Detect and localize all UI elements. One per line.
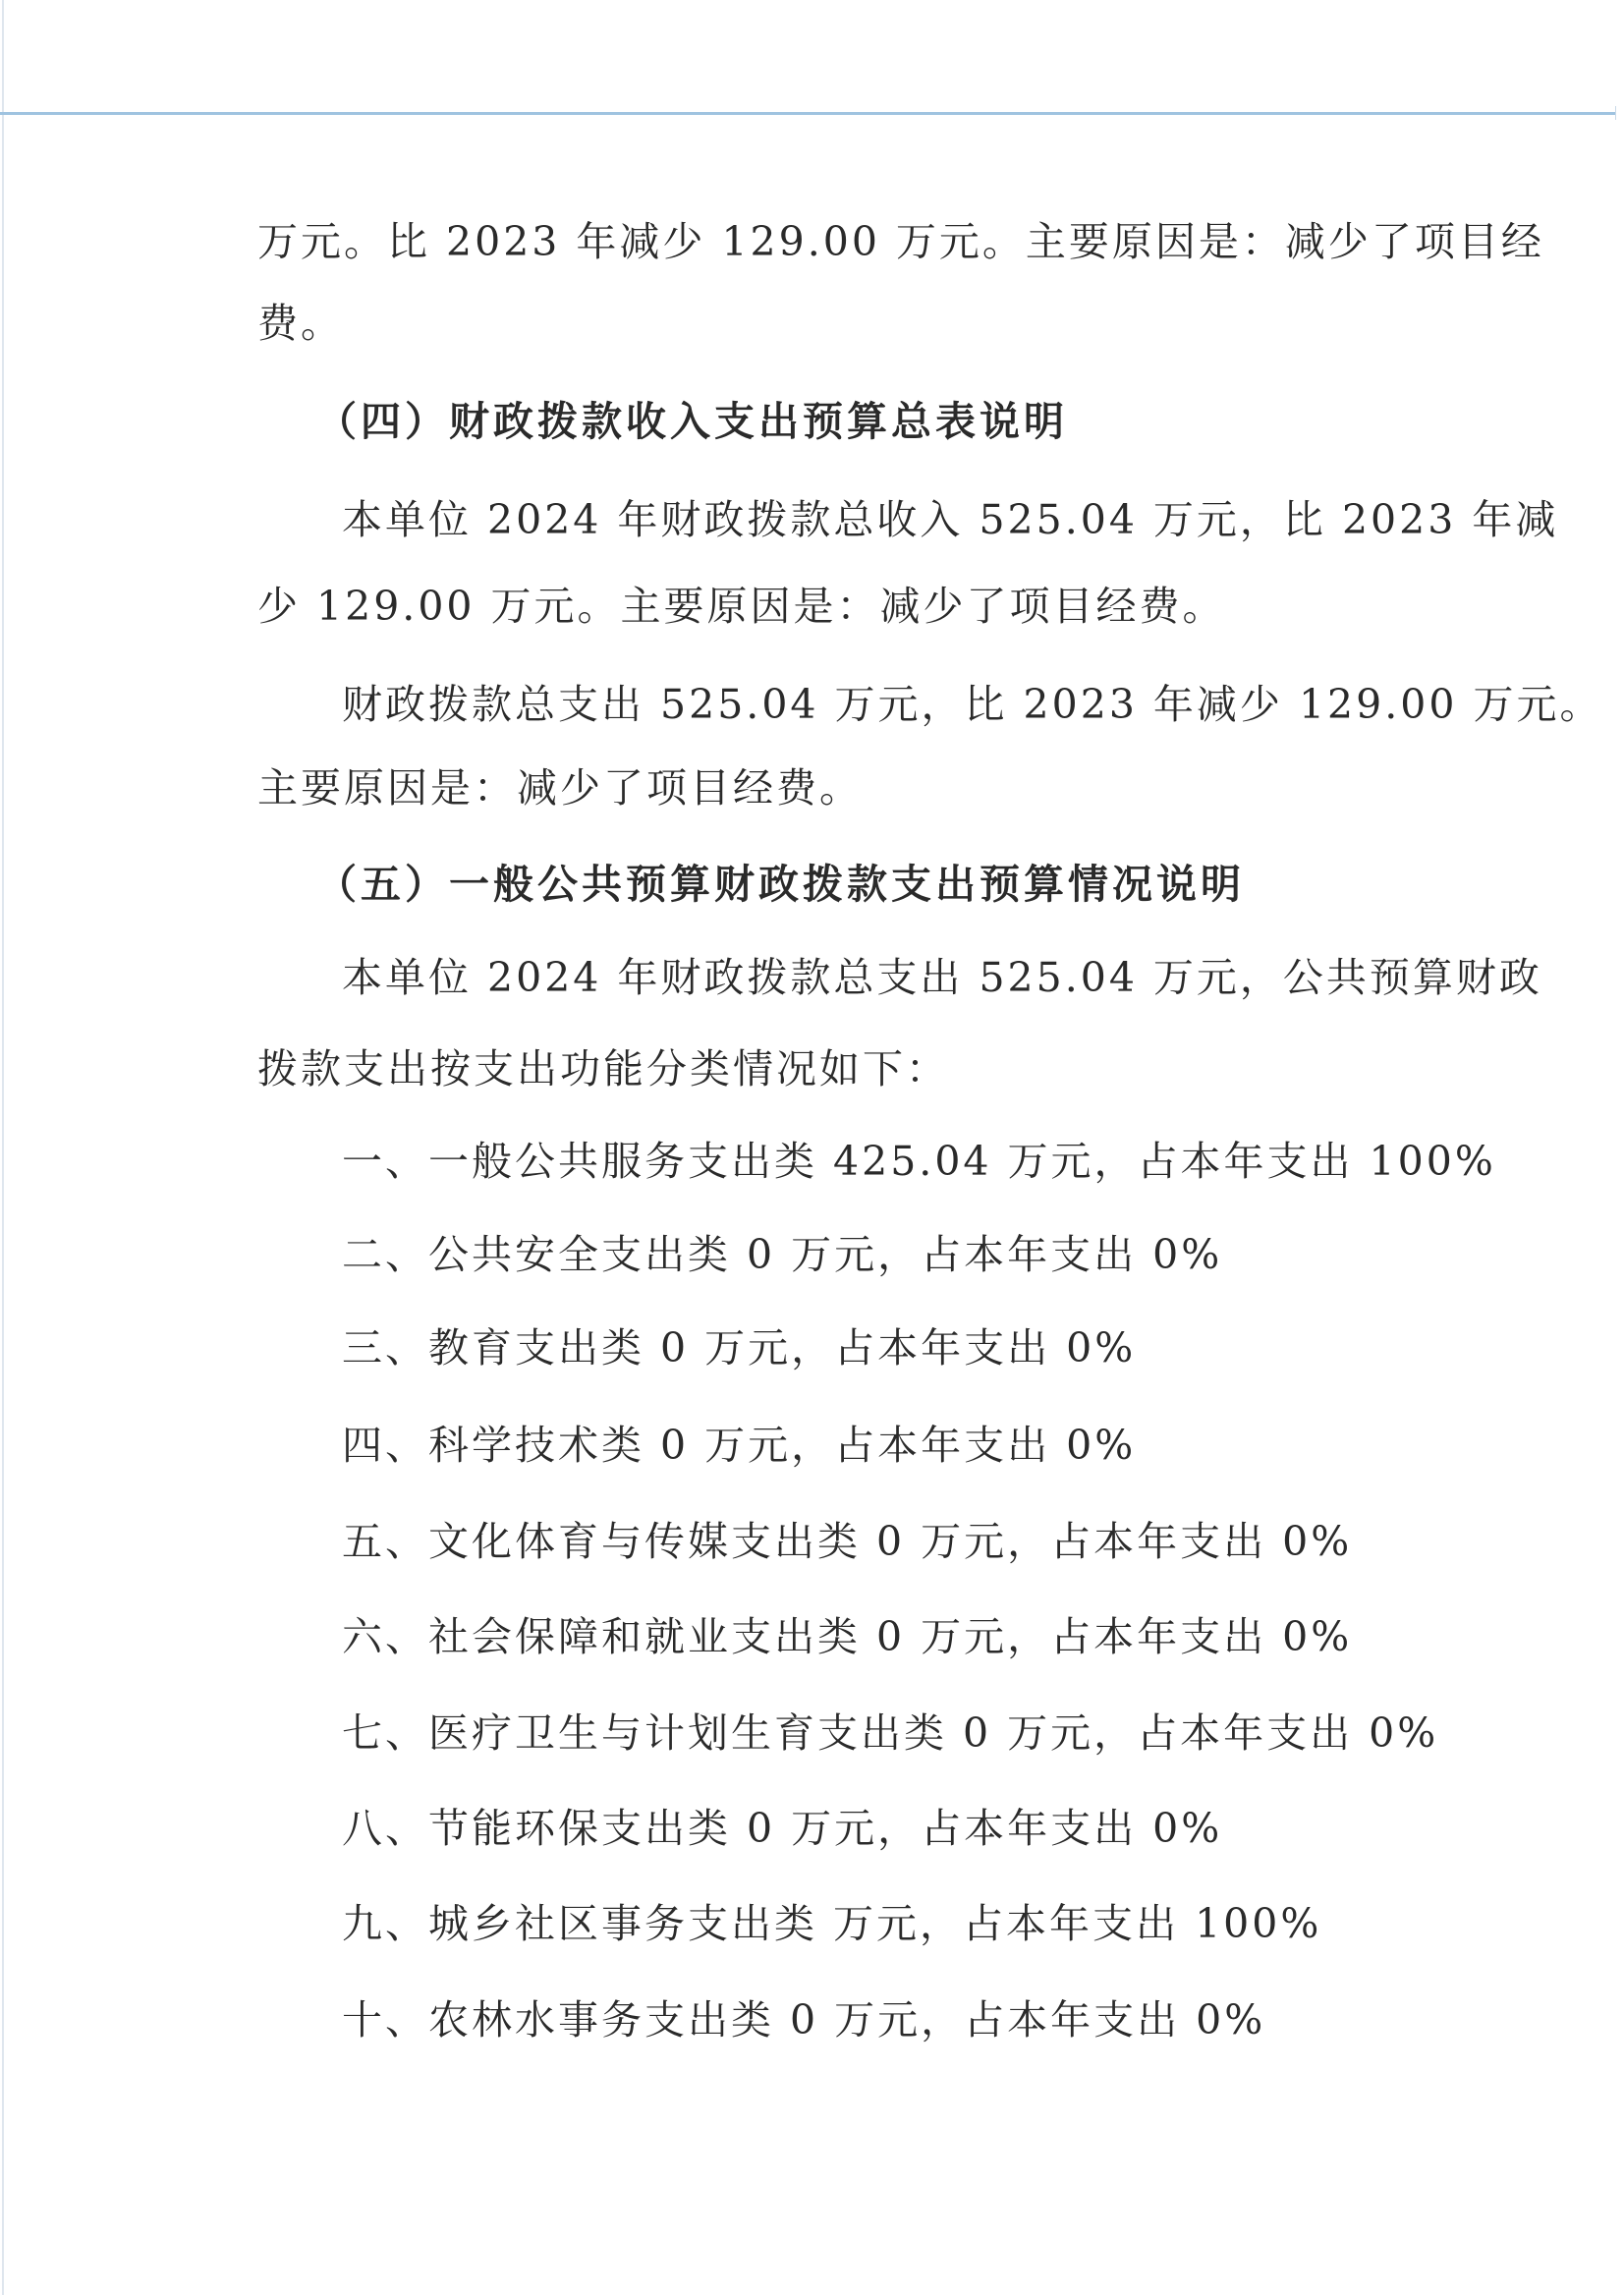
section-5-intro-line1: 本单位 2024 年财政拨款总支出 525.04 万元，公共预算财政 bbox=[257, 953, 1470, 1002]
section-4-para1-line2: 少 129.00 万元。主要原因是：减少了项目经费。 bbox=[257, 582, 1226, 631]
expense-item-4: 四、科学技术类 0 万元，占本年支出 0% bbox=[257, 1421, 1136, 1470]
expense-item-3: 三、教育支出类 0 万元，占本年支出 0% bbox=[257, 1323, 1136, 1372]
expense-item-9: 九、城乡社区事务支出类 万元，占本年支出 100% bbox=[257, 1899, 1321, 1948]
page-left-edge bbox=[2, 0, 4, 2295]
section-4-para1-line1: 本单位 2024 年财政拨款总收入 525.04 万元，比 2023 年减 bbox=[257, 495, 1470, 544]
section-5-intro-line2: 拨款支出按支出功能分类情况如下： bbox=[257, 1044, 949, 1093]
continuation-line-1: 万元。比 2023 年减少 129.00 万元。主要原因是：减少了项目经 bbox=[257, 217, 1470, 266]
header-rule-tick bbox=[1615, 106, 1616, 120]
expense-item-7: 七、医疗卫生与计划生育支出类 0 万元，占本年支出 0% bbox=[257, 1708, 1438, 1758]
section-4-para2-line1: 财政拨款总支出 525.04 万元，比 2023 年减少 129.00 万元。 bbox=[257, 680, 1470, 729]
section-4-heading: （四）财政拨款收入支出预算总表说明 bbox=[257, 397, 1068, 446]
header-rule bbox=[0, 112, 1616, 115]
section-4-para2-line2: 主要原因是：减少了项目经费。 bbox=[257, 763, 863, 812]
expense-item-1: 一、一般公共服务支出类 425.04 万元，占本年支出 100% bbox=[257, 1137, 1496, 1186]
expense-item-2: 二、公共安全支出类 0 万元，占本年支出 0% bbox=[257, 1230, 1222, 1279]
expense-item-5: 五、文化体育与传媒支出类 0 万元，占本年支出 0% bbox=[257, 1517, 1352, 1566]
expense-item-6: 六、社会保障和就业支出类 0 万元，占本年支出 0% bbox=[257, 1612, 1352, 1661]
expense-item-8: 八、节能环保支出类 0 万元，占本年支出 0% bbox=[257, 1804, 1222, 1853]
section-5-heading: （五）一般公共预算财政拨款支出预算情况说明 bbox=[257, 860, 1245, 909]
continuation-line-2: 费。 bbox=[257, 299, 344, 348]
expense-item-10: 十、农林水事务支出类 0 万元，占本年支出 0% bbox=[257, 1995, 1265, 2044]
